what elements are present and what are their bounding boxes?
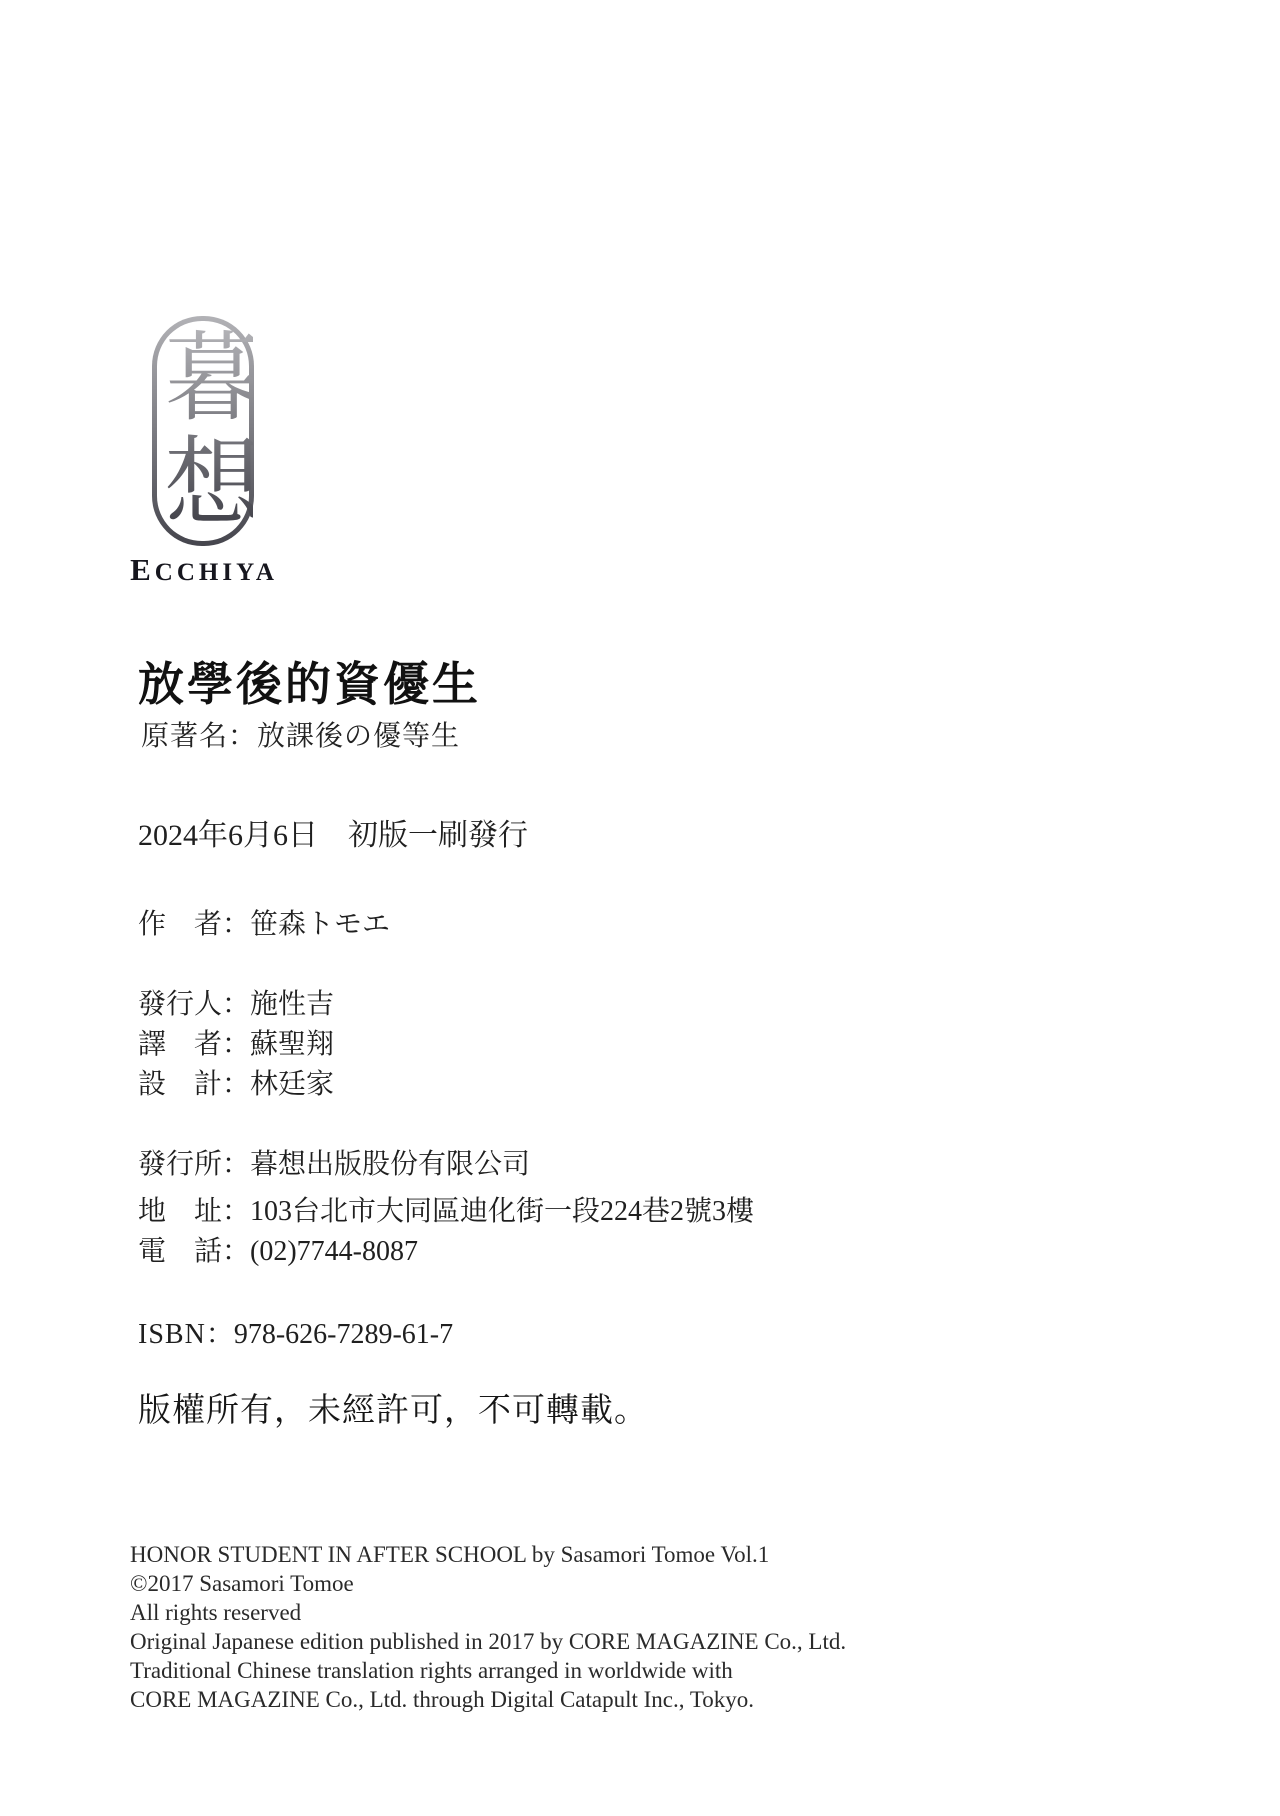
colophon-label: 譯者 xyxy=(138,1022,222,1062)
book-title: 放學後的資優生 xyxy=(138,648,481,714)
colophon-label: 發行人 xyxy=(138,982,222,1022)
isbn-row: ISBN：978-626-7289-61-7 xyxy=(138,1312,453,1352)
english-copyright-line: Traditional Chinese translation rights a… xyxy=(130,1656,846,1685)
colophon-label: 作者 xyxy=(138,902,222,942)
colophon-row-author: 作者：笹森トモエ xyxy=(138,902,390,942)
colophon-row-phone: 電話：(02)7744-8087 xyxy=(138,1229,418,1269)
colophon-value: 暮想出版股份有限公司 xyxy=(250,1149,530,1180)
colophon-label: 發行所 xyxy=(138,1142,222,1182)
colophon-value: (02)7744-8087 xyxy=(250,1236,418,1267)
english-copyright-line: All rights reserved xyxy=(130,1598,846,1627)
colon-separator: ： xyxy=(206,1319,234,1350)
colon-separator: ： xyxy=(222,909,250,940)
colophon-value: 蘇聖翔 xyxy=(250,1029,334,1060)
colophon-label: 設計 xyxy=(138,1062,222,1102)
seal-characters: 暮想 xyxy=(153,326,253,536)
colophon-row-publisher: 發行人：施性吉 xyxy=(138,982,334,1022)
original-title: 原著名：放課後の優等生 xyxy=(141,714,460,754)
colophon-page: 暮想 ECCHIYA 放學後的資優生 原著名：放課後の優等生 2024年6月6日… xyxy=(0,0,1280,1816)
english-copyright-block: HONOR STUDENT IN AFTER SCHOOL by Sasamor… xyxy=(130,1540,846,1714)
isbn-label: ISBN xyxy=(138,1319,206,1351)
publisher-brand-name: ECCHIYA xyxy=(124,552,284,588)
english-copyright-line: ©2017 Sasamori Tomoe xyxy=(130,1569,846,1598)
colophon-value: 施性吉 xyxy=(250,989,334,1020)
colophon-label: 電話 xyxy=(138,1229,222,1269)
colophon-row-translator: 譯者：蘇聖翔 xyxy=(138,1022,334,1062)
publisher-seal-logo: 暮想 xyxy=(152,316,254,546)
colophon-value: 笹森トモエ xyxy=(250,909,390,940)
colon-separator: ： xyxy=(222,1069,250,1100)
colon-separator: ： xyxy=(222,1236,250,1267)
colophon-row-designer: 設計：林廷家 xyxy=(138,1062,334,1102)
english-copyright-line: HONOR STUDENT IN AFTER SCHOOL by Sasamor… xyxy=(130,1540,846,1569)
colon-separator: ： xyxy=(222,1029,250,1060)
colophon-value: 林廷家 xyxy=(250,1069,334,1100)
colophon-row-address: 地址：103台北市大同區迪化街一段224巷2號3樓 xyxy=(138,1189,754,1229)
edition-date-line: 2024年6月6日 初版一刷發行 xyxy=(138,810,528,854)
isbn-value: 978-626-7289-61-7 xyxy=(234,1319,453,1350)
colophon-value: 103台北市大同區迪化街一段224巷2號3樓 xyxy=(250,1196,754,1227)
english-copyright-line: CORE MAGAZINE Co., Ltd. through Digital … xyxy=(130,1685,846,1714)
colon-separator: ： xyxy=(222,1196,250,1227)
rights-notice: 版權所有，未經許可，不可轉載。 xyxy=(138,1384,648,1431)
colon-separator: ： xyxy=(222,989,250,1020)
english-copyright-line: Original Japanese edition published in 2… xyxy=(130,1627,846,1656)
colon-separator: ： xyxy=(222,1149,250,1180)
colophon-row-publishing-office: 發行所：暮想出版股份有限公司 xyxy=(138,1142,530,1182)
colophon-label: 地址 xyxy=(138,1189,222,1229)
